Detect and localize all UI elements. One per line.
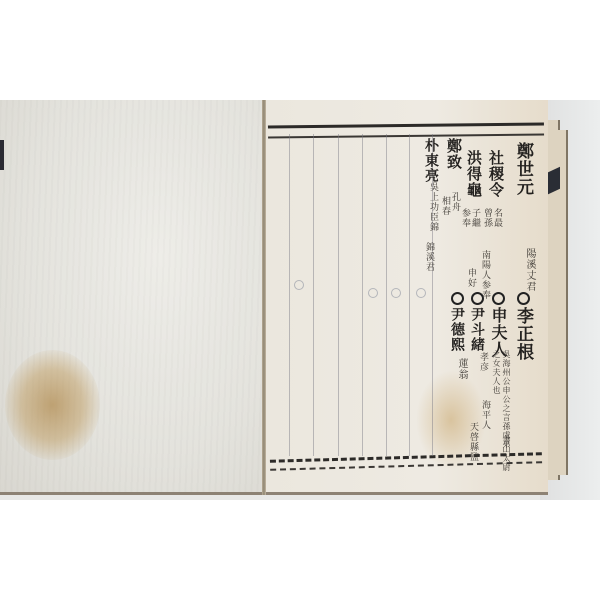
entry-note: 吳上功臣錦	[428, 182, 437, 232]
entry-name: 申夫人	[490, 292, 506, 358]
entry-name: 尹斗緒	[470, 292, 484, 352]
column-rule	[386, 134, 387, 456]
entry-name: 尹德熙	[450, 292, 464, 352]
entry-name-text: 尹德熙	[449, 307, 465, 352]
entry-name: 李正根	[514, 292, 531, 361]
entry-note: 蓮翁	[456, 358, 466, 380]
entry-name: 社稷令	[488, 150, 503, 198]
bleed-through-circle	[368, 288, 378, 298]
entry-note: 孔舟	[450, 192, 459, 212]
entry-note: 子繼	[470, 208, 479, 228]
column-rule	[338, 134, 339, 456]
circle-marker-icon	[492, 292, 505, 305]
entry-note: 曾孫	[482, 208, 491, 228]
bleed-through-circle	[294, 280, 304, 290]
entry-note: 参奉	[460, 208, 469, 228]
entry-note: 陽溪丈君	[524, 248, 534, 292]
bleed-through-circle	[391, 288, 401, 298]
water-stain	[5, 350, 100, 460]
entry-note: 申好	[466, 268, 475, 288]
column-rule	[409, 134, 410, 456]
column-rule	[313, 134, 314, 456]
circle-marker-icon	[471, 292, 484, 305]
left-page	[0, 100, 265, 495]
circle-marker-icon	[517, 292, 530, 305]
entry-note: 之女夫人也	[492, 350, 500, 395]
entry-note: 相春	[440, 196, 449, 216]
entry-name: 洪得龜	[466, 150, 481, 198]
entry-name: 鄭致	[446, 138, 461, 170]
entry-name: 鄭世元	[514, 142, 531, 196]
top-border-band	[268, 123, 544, 139]
entry-note: 吳海州公申公之言孫虞弟	[502, 350, 510, 449]
entry-name-text: 尹斗緒	[469, 307, 485, 352]
entry-note: 錦溪君	[424, 242, 433, 272]
entry-note: 書山太尉	[502, 436, 510, 472]
entry-note: 名最	[492, 208, 501, 228]
entry-name-text: 李正根	[513, 307, 533, 361]
column-rule	[289, 134, 290, 456]
left-edge-mark	[0, 140, 4, 170]
circle-marker-icon	[451, 292, 464, 305]
entry-note: 天啓縣監	[468, 422, 477, 462]
entry-name: 朴東亮	[424, 138, 438, 183]
entry-note: 孝彦	[478, 352, 487, 372]
book-photo: 鄭世元 陽溪丈君 社稷令 名最 曾孫 洪得龜 子繼 参奉 南陽人参奉 申好 鄭致…	[0, 100, 600, 500]
bleed-through-circle	[416, 288, 426, 298]
column-rule	[362, 134, 363, 456]
right-page: 鄭世元 陽溪丈君 社稷令 名最 曾孫 洪得龜 子繼 参奉 南陽人参奉 申好 鄭致…	[266, 100, 548, 495]
entry-note: 海平人	[480, 400, 489, 430]
